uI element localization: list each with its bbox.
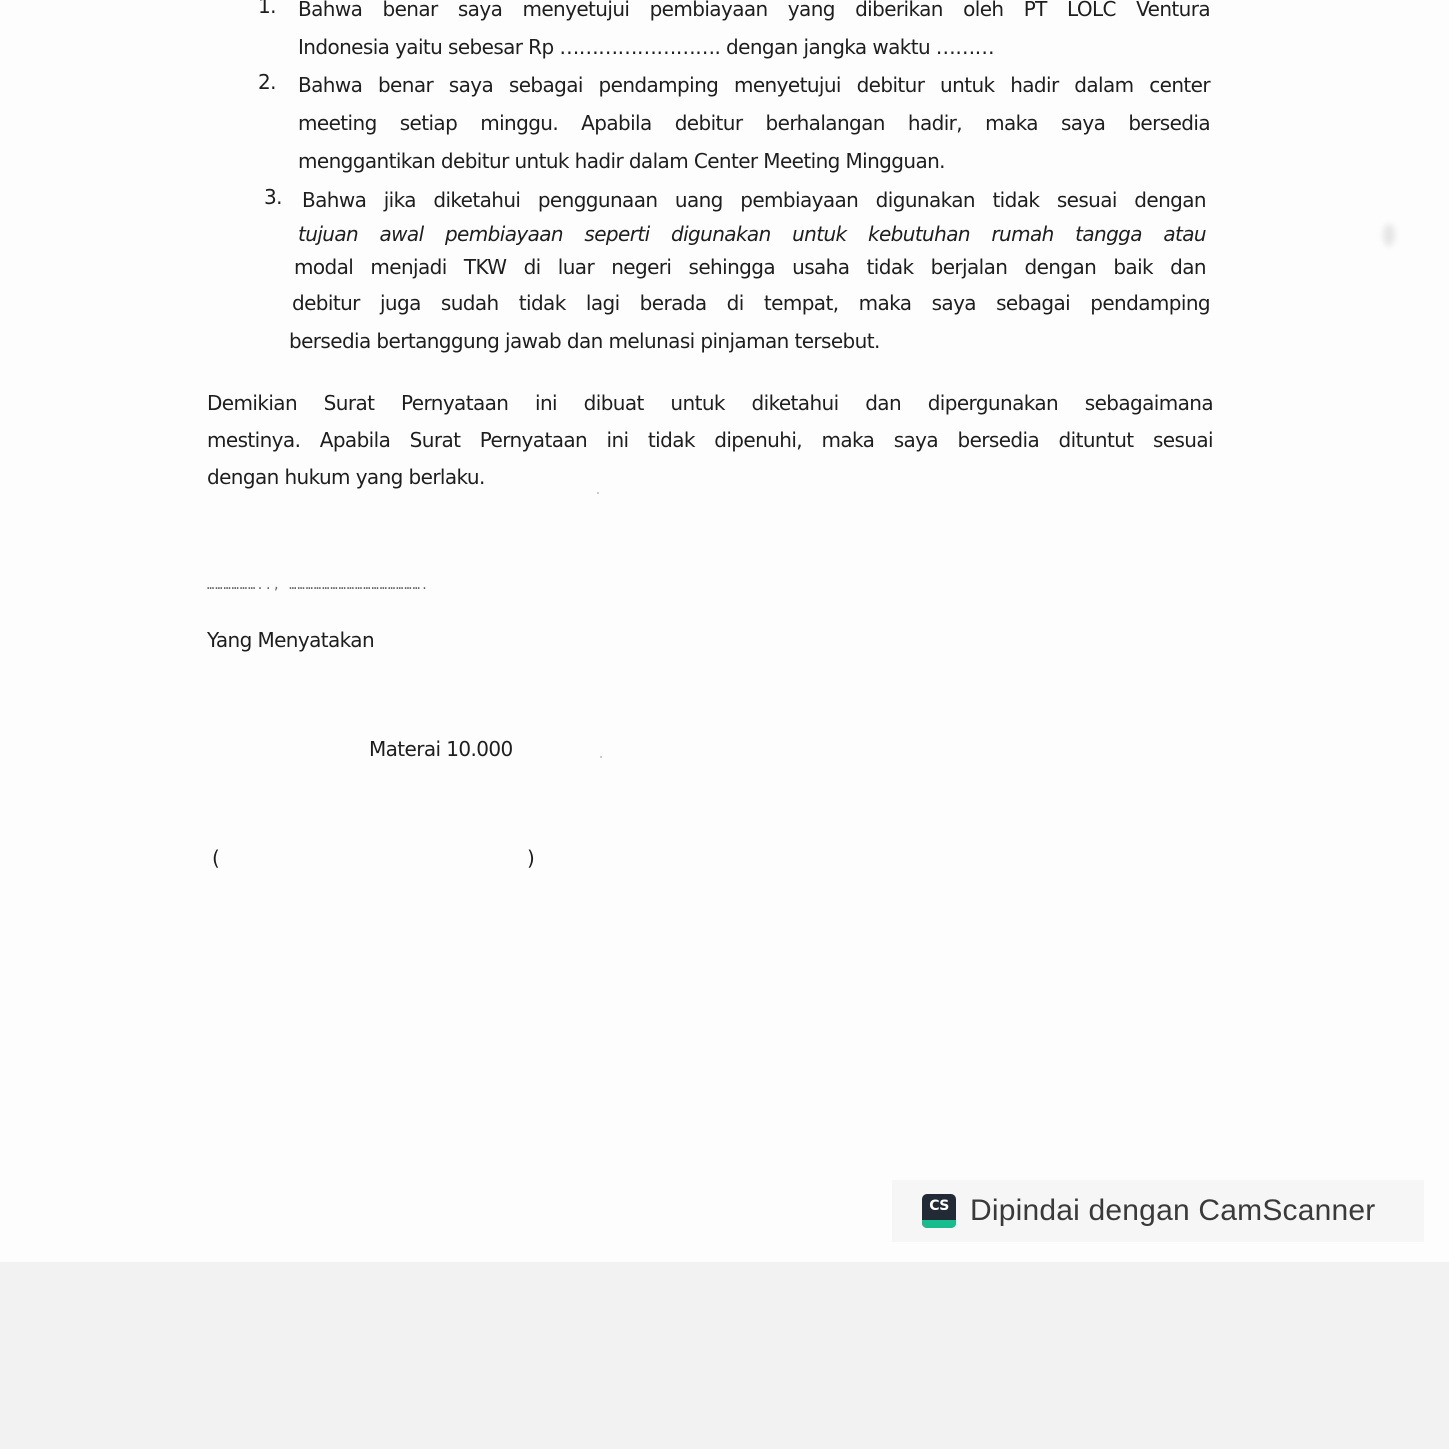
- item-number: 2.: [258, 70, 276, 94]
- name-paren-close: ): [527, 846, 534, 870]
- item-line: Bahwa jika diketahui penggunaan uang pem…: [302, 185, 1206, 219]
- viewer-background: [0, 1262, 1449, 1449]
- watermark-text: Dipindai dengan CamScanner: [970, 1194, 1375, 1228]
- item-line: modal menjadi TKW di luar negeri sehingg…: [294, 252, 1206, 288]
- closing-line: Demikian Surat Pernyataan ini dibuat unt…: [207, 388, 1213, 425]
- item-line: Indonesia yaitu sebesar Rp ……………………. den…: [298, 32, 1093, 70]
- scan-speck: [597, 492, 599, 494]
- item-number: 1.: [258, 0, 276, 18]
- closing-paragraph: Demikian Surat Pernyataan ini dibuat unt…: [207, 388, 1213, 499]
- scan-blur-spot: [1383, 224, 1395, 246]
- item-line: Bahwa benar saya sebagai pendamping meny…: [298, 70, 1210, 108]
- name-paren-open: (: [212, 846, 219, 870]
- signer-label: Yang Menyatakan: [207, 628, 374, 652]
- item-line: Bahwa benar saya menyetujui pembiayaan y…: [298, 0, 1210, 32]
- statement-item-2: 2. Bahwa benar saya sebagai pendamping m…: [258, 70, 1210, 184]
- statement-item-1: 1. Bahwa benar saya menyetujui pembiayaa…: [258, 0, 1210, 70]
- item-line: tujuan awal pembiayaan seperti digunakan…: [298, 219, 1206, 252]
- item-line: bersedia bertanggung jawab dan melunasi …: [289, 326, 1206, 364]
- place-date-line: ……………….., ………………………………………….: [207, 578, 719, 598]
- item-line: debitur juga sudah tidak lagi berada di …: [292, 288, 1210, 326]
- scan-speck: [600, 756, 602, 758]
- item-line: meeting setiap minggu. Apabila debitur b…: [298, 108, 1210, 146]
- scanned-document-page: 1. Bahwa benar saya menyetujui pembiayaa…: [0, 0, 1449, 1262]
- item-number: 3.: [264, 185, 282, 209]
- camscanner-watermark: CS Dipindai dengan CamScanner: [892, 1180, 1424, 1242]
- closing-line: dengan hukum yang berlaku.: [207, 462, 1213, 499]
- closing-line: mestinya. Apabila Surat Pernyataan ini t…: [207, 425, 1213, 462]
- logo-text: CS: [929, 1198, 949, 1214]
- item-line: menggantikan debitur untuk hadir dalam C…: [298, 146, 1210, 184]
- stamp-label: Materai 10.000: [369, 737, 513, 761]
- statement-item-3: 3. Bahwa jika diketahui penggunaan uang …: [264, 185, 1206, 364]
- camscanner-logo-icon: CS: [922, 1194, 956, 1228]
